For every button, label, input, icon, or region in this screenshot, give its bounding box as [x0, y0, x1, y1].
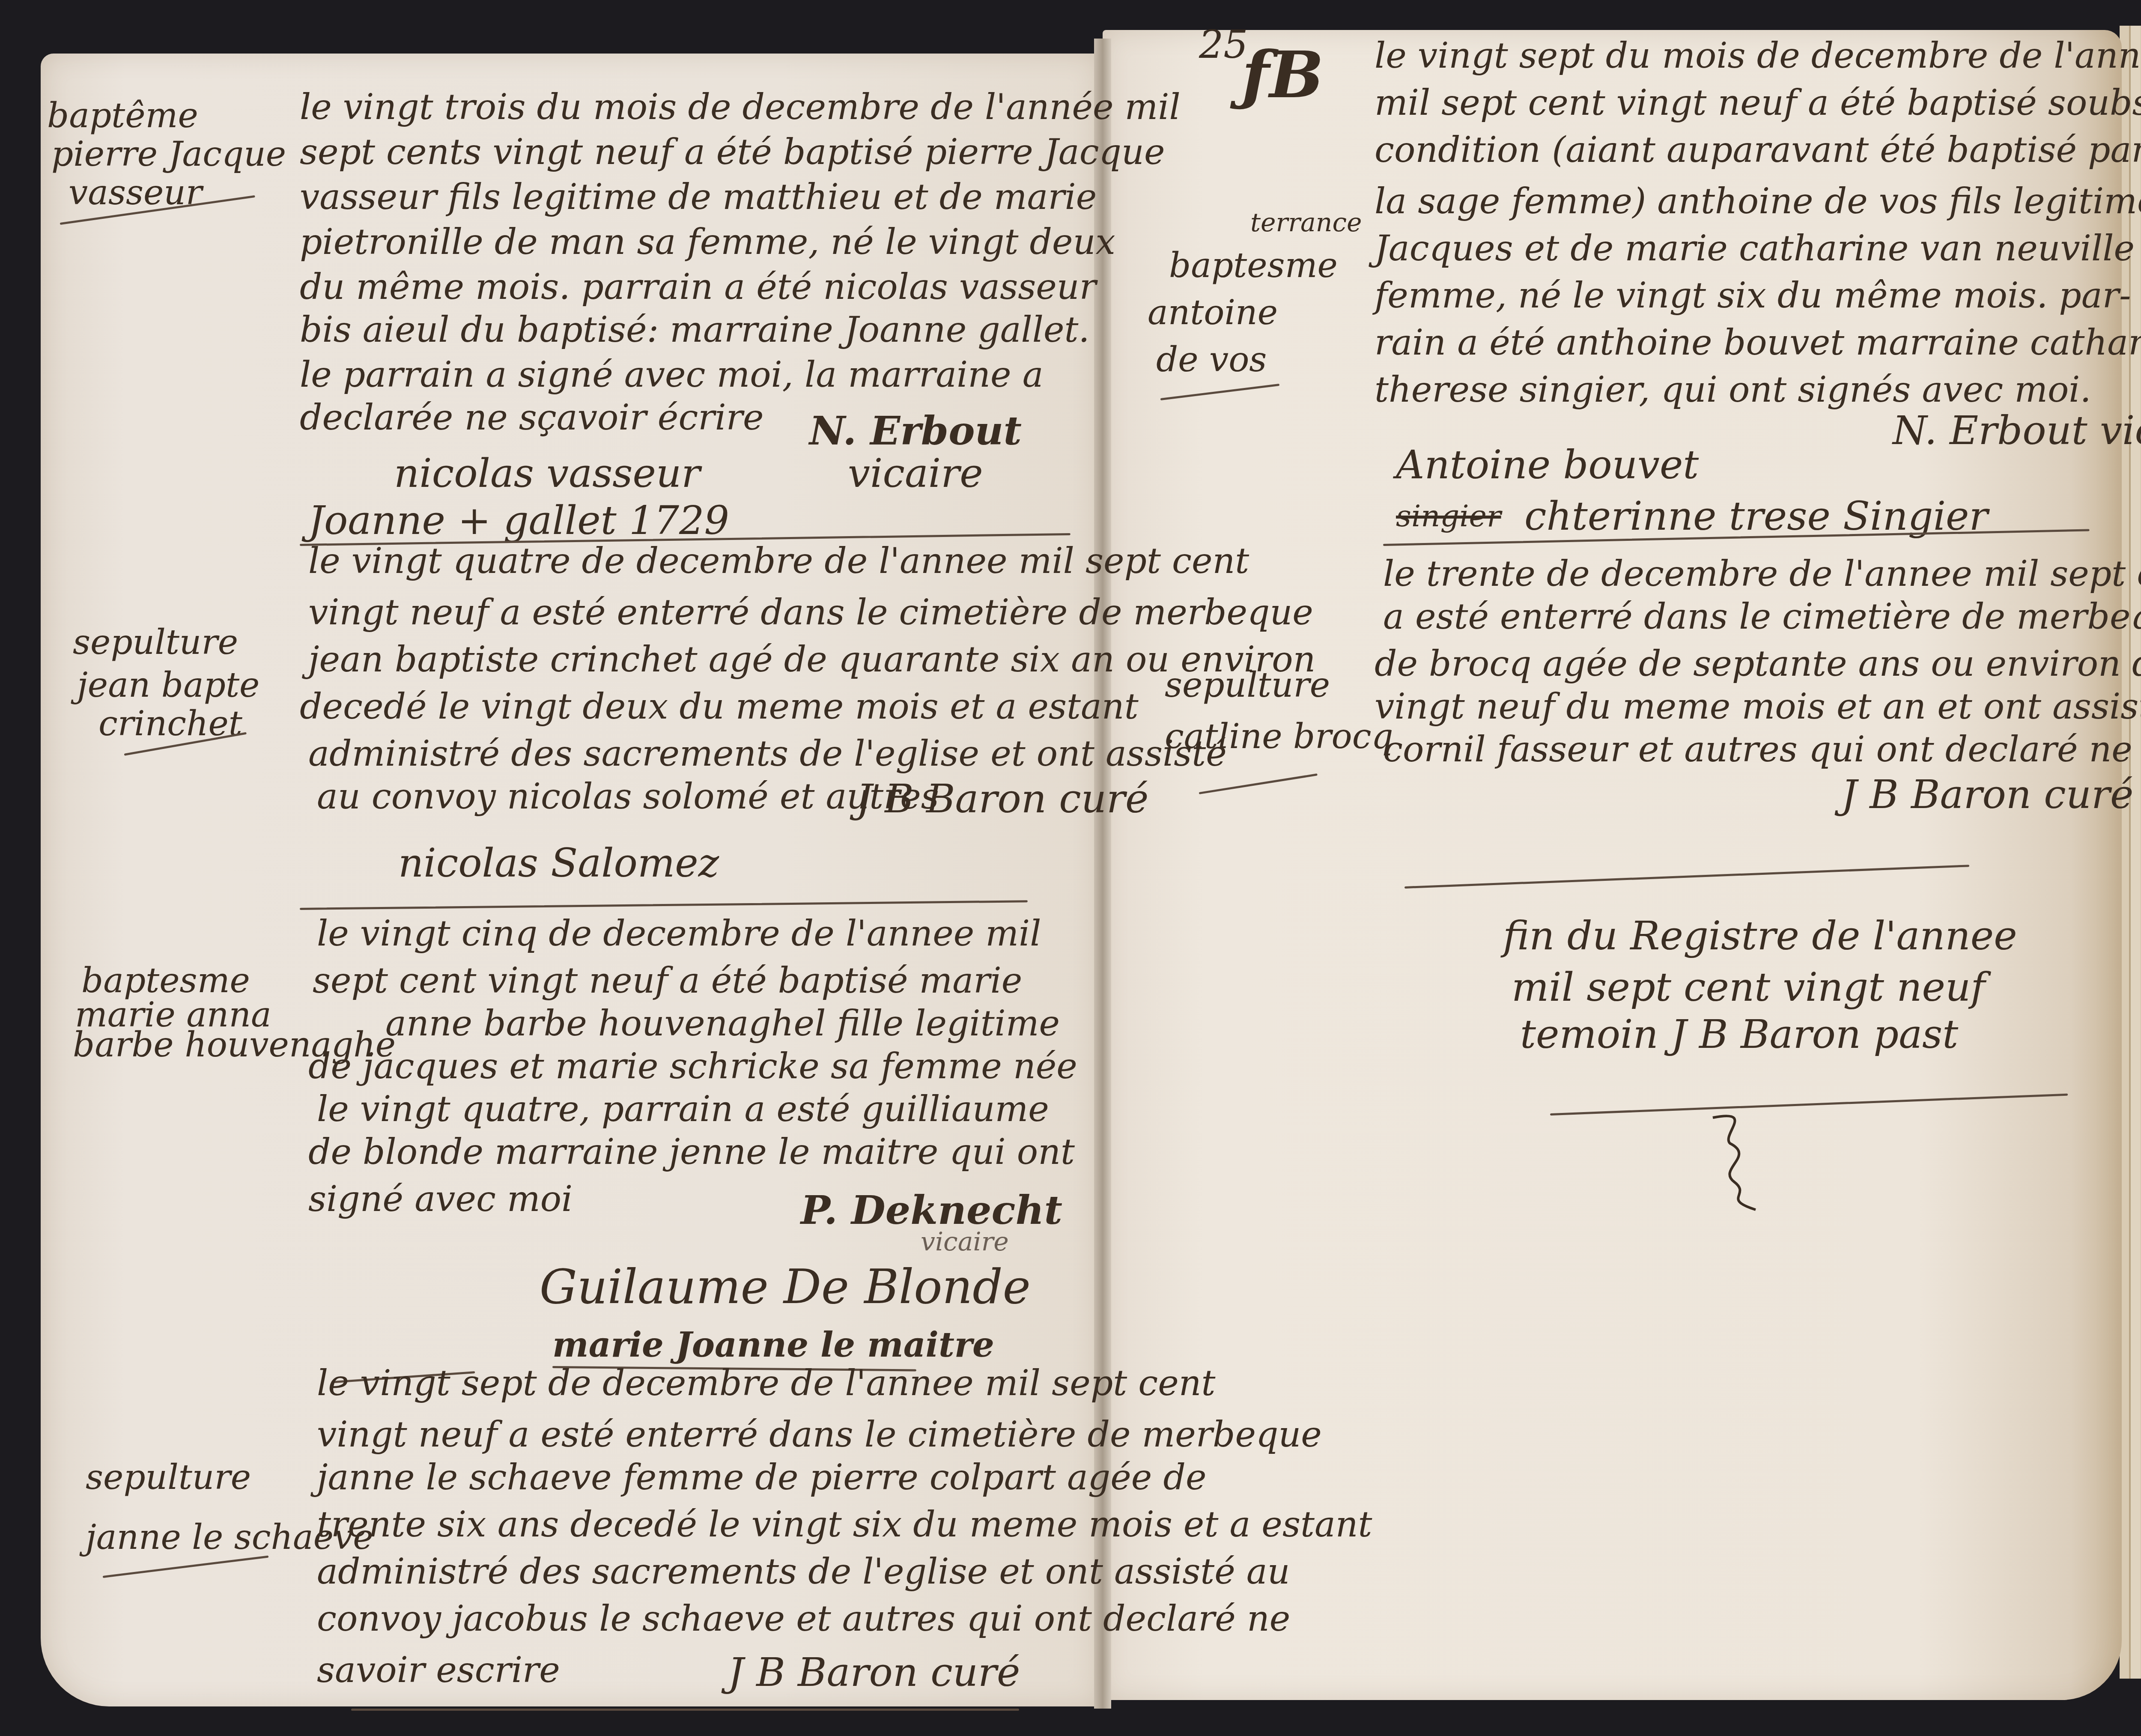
entry-line: le vingt quatre de decembre de l'annee m…: [308, 544, 1249, 579]
entry-line: administré des sacrements de l'eglise et…: [308, 737, 1227, 772]
entry-line: de jacques et marie schricke sa femme né…: [308, 1049, 1077, 1084]
margin-note: antoine: [1148, 295, 1278, 330]
margin-note: baptesme: [1169, 248, 1338, 283]
margin-note: vasseur: [69, 176, 202, 210]
entry-line: le vingt sept du mois de decembre de l'a…: [1375, 39, 2141, 74]
entry-line: anne barbe houvenaghel fille legitime: [385, 1006, 1060, 1041]
entry-line: femme, né le vingt six du même mois. par…: [1375, 278, 2131, 313]
closing-line: mil sept cent vingt neuf: [1512, 968, 1985, 1007]
entry-line: convoy jacobus le schaeve et autres qui …: [317, 1602, 1290, 1637]
signature-title: vicaire: [921, 1229, 1009, 1255]
entry-line: la sage femme) anthoine de vos fils legi…: [1375, 184, 2141, 219]
initials-mark: ƒB: [1242, 43, 1324, 107]
margin-note: sepulture: [1165, 668, 1330, 702]
signature: nicolas vasseur: [394, 454, 700, 493]
signature: nicolas Salomez: [398, 844, 719, 883]
entry-line: pietronille de man sa femme, né le vingt…: [300, 225, 1115, 260]
margin-note: baptesme: [81, 963, 250, 998]
entry-line: signé avec moi: [308, 1182, 573, 1217]
divider-rule: [351, 1709, 1019, 1711]
closing-line: temoin J B Baron past: [1520, 1015, 1958, 1054]
entry-line: a esté enterré dans le cimetière de merb…: [1383, 600, 2141, 635]
entry-line: declarée ne sçavoir écrire: [300, 400, 763, 435]
margin-note: de vos: [1156, 343, 1267, 377]
entry-line: sept cents vingt neuf a été baptisé pier…: [300, 135, 1165, 170]
entry-line: bis aieul du baptisé: marraine Joanne ga…: [300, 313, 1090, 348]
folio-number: 25: [1199, 26, 1248, 64]
entry-line: le vingt trois du mois de decembre de l'…: [300, 90, 1181, 125]
signature: marie Joanne le maitre: [552, 1327, 994, 1362]
entry-line: au convoy nicolas solomé et autres: [317, 779, 939, 814]
entry-line: le trente de decembre de l'annee mil sep…: [1383, 557, 2141, 592]
signature: N. Erbout vicaire: [1893, 411, 2141, 450]
closing-flourish-icon: [1704, 1109, 1773, 1212]
margin-note: sepulture: [73, 625, 238, 659]
page-stack-fore-edge: [2120, 26, 2141, 1679]
entry-line: vasseur fils legitime de matthieu et de …: [300, 180, 1097, 215]
entry-line: vingt neuf a esté enterré dans le cimeti…: [308, 595, 1313, 630]
signature: chterinne trese Singier: [1524, 497, 1988, 536]
entry-line: rain a été anthoine bouvet marraine cath…: [1375, 325, 2141, 361]
entry-line: de blonde marraine jenne le maitre qui o…: [308, 1135, 1075, 1170]
signature: Antoine bouvet: [1396, 445, 1699, 485]
signature: Joanne + gallet 1729: [308, 501, 729, 540]
entry-line: condition (aiant auparavant été baptisé …: [1375, 133, 2141, 168]
entry-line: vingt neuf a esté enterré dans le cimeti…: [317, 1417, 1322, 1453]
signature-title: vicaire: [848, 454, 983, 493]
margin-note: sepulture: [86, 1460, 251, 1494]
closing-line: fin du Registre de l'annee: [1503, 916, 2017, 956]
signature: P. Deknecht: [801, 1190, 1062, 1230]
entry-line: le parrain a signé avec moi, la marraine…: [300, 358, 1044, 393]
signature: Guilaume De Blonde: [540, 1263, 1031, 1310]
entry-line: le vingt sept de decembre de l'annee mil…: [317, 1366, 1216, 1401]
entry-line: cornil fasseur et autres qui ont declaré…: [1383, 732, 2141, 767]
entry-line: le vingt quatre, parrain a esté guilliau…: [317, 1092, 1049, 1127]
signature: J B Baron curé: [728, 1653, 1020, 1692]
signature: N. Erbout: [809, 411, 1022, 450]
margin-note: catline brocq: [1165, 719, 1393, 754]
entry-line: du même mois. parrain a été nicolas vass…: [300, 270, 1096, 305]
margin-note: pierre Jacque: [51, 137, 286, 171]
entry-line: administré des sacrements de l'eglise et…: [317, 1554, 1290, 1590]
entry-line: trente six ans decedé le vingt six du me…: [317, 1507, 1372, 1542]
margin-note: baptême: [47, 98, 198, 133]
entry-line: le vingt cinq de decembre de l'annee mil: [317, 916, 1041, 952]
entry-line: janne le schaeve femme de pierre colpart…: [317, 1460, 1206, 1495]
entry-line: vingt neuf du meme mois et an et ont ass…: [1375, 689, 2141, 725]
signature: J B Baron curé: [856, 779, 1149, 819]
entry-line: decedé le vingt deux du meme mois et a e…: [300, 689, 1139, 725]
entry-line: mil sept cent vingt neuf a été baptisé s…: [1375, 86, 2141, 121]
entry-line: Jacques et de marie catharine van neuvil…: [1375, 231, 2141, 266]
margin-note: terrance: [1250, 210, 1362, 236]
entry-line: sept cent vingt neuf a été baptisé marie: [313, 963, 1022, 999]
entry-line: savoir escrire: [317, 1653, 560, 1688]
margin-note: jean bapte: [77, 668, 259, 702]
struck-signature: singier: [1396, 501, 1501, 531]
book-spread: baptême pierre Jacque vasseur le vingt t…: [0, 0, 2141, 1736]
entry-line: de brocq agée de septante ans ou environ…: [1375, 647, 2141, 682]
margin-note: crinchet: [98, 707, 242, 741]
entry-line: therese singier, qui ont signés avec moi…: [1375, 373, 2091, 408]
signature: J B Baron curé: [1841, 775, 2134, 814]
